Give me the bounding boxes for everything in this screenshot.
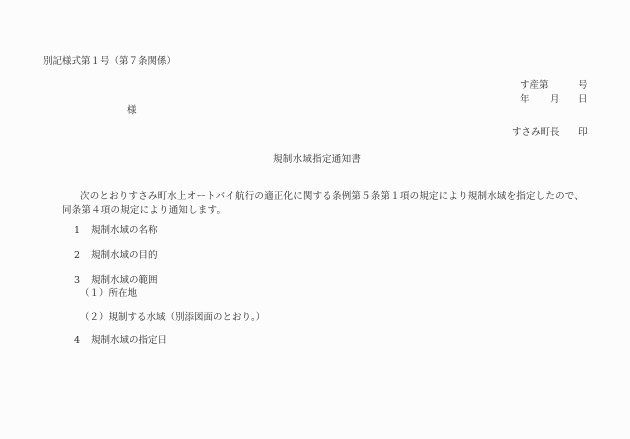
item-label: 規制水域の名称 <box>91 226 158 236</box>
document-title: 規制水域指定通知書 <box>273 155 361 165</box>
item-label: 規制水域の目的 <box>91 251 158 261</box>
date-month-label: 月 <box>550 95 560 105</box>
issuer-seal: 印 <box>578 128 588 138</box>
item-number: 2 <box>74 251 80 261</box>
item-number: 1 <box>74 226 80 236</box>
date-day-label: 日 <box>578 95 588 105</box>
sub-item-regulated-waters: （２）規制する水域（別添図面のとおり。） <box>80 313 265 323</box>
date-year-label: 年 <box>520 95 530 105</box>
sub-item-location: （１）所在地 <box>80 289 137 299</box>
issuer-name: すさみ町長 <box>512 128 560 138</box>
form-label: 別記様式第１号（第７条関係） <box>43 57 176 67</box>
doc-number-suffix: 号 <box>578 81 588 91</box>
item-label: 規制水域の範囲 <box>91 276 158 286</box>
item-number: 4 <box>74 336 80 346</box>
recipient-honorific: 様 <box>127 106 137 116</box>
doc-number-prefix: す産第 <box>520 81 549 91</box>
item-label: 規制水域の指定日 <box>91 336 167 346</box>
body-paragraph: 次のとおりすさみ町水上オートバイ航行の適正化に関する条例第５条第１項の規定により… <box>62 190 586 218</box>
item-number: 3 <box>74 276 80 286</box>
